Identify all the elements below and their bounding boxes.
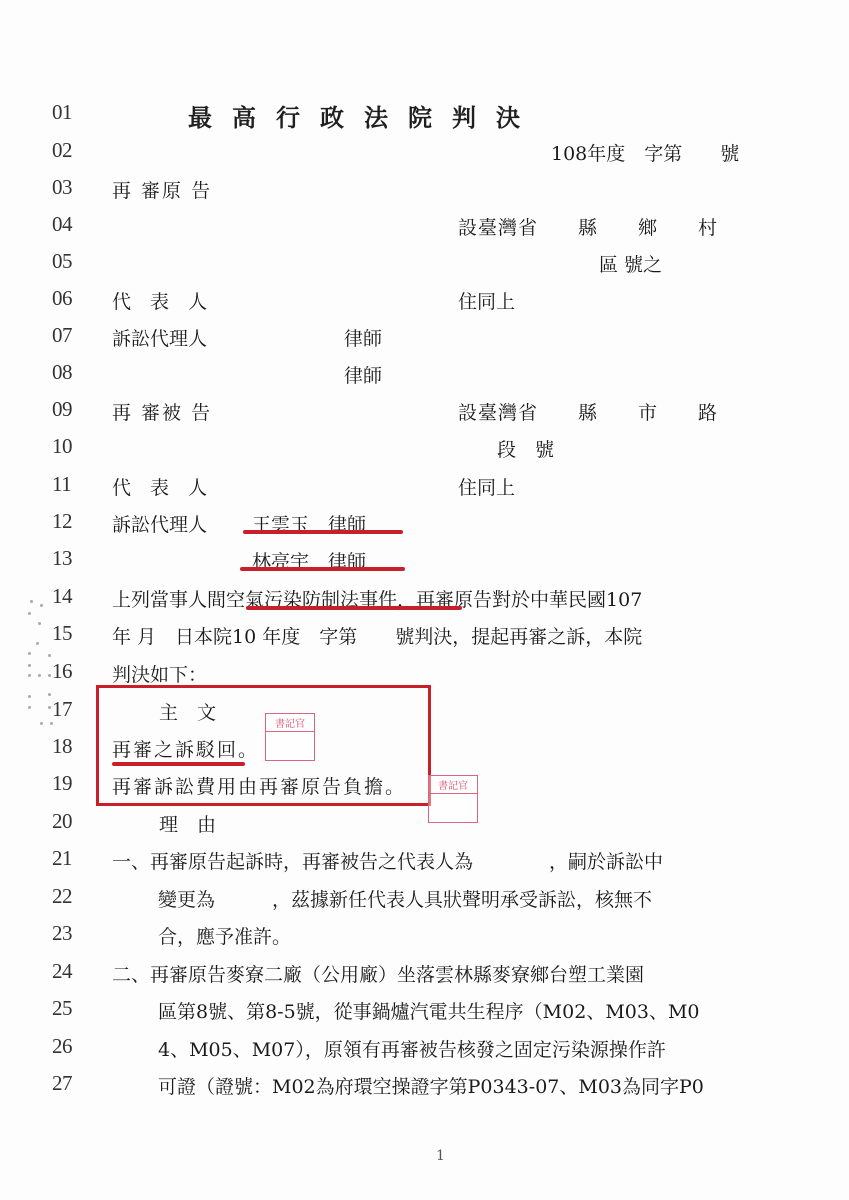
clerk-stamp-label: 書記官: [266, 714, 314, 732]
line-number: 16: [52, 659, 72, 684]
line-number: 18: [52, 734, 72, 759]
reason-2-line-1: 二、再審原告麥寮二廠（公用廠）坐落雲林縣麥寮鄉台塑工業園: [112, 960, 644, 987]
defendant-address-2: 段 號: [497, 435, 554, 462]
plaintiff-address-1: 設臺灣省 縣 鄉 村: [458, 213, 718, 240]
clerk-stamp: 書記官: [428, 775, 478, 823]
reason-1-line-1: 一、再審原告起訴時，再審被告之代表人為 ，嗣於訴訟中: [112, 847, 663, 874]
highlight-underline: [243, 530, 403, 534]
line-number: 09: [52, 397, 72, 422]
ruling-2: 再審訴訟費用由再審原告負擔。: [112, 772, 406, 799]
line-number: 21: [52, 846, 72, 871]
plaintiff-address-2: 區 號之: [599, 250, 662, 277]
scan-dot: [40, 604, 43, 607]
document-title: 最高行政法院判決: [188, 98, 540, 133]
scan-dot: [28, 695, 31, 698]
intro-text: 上列當事人間: [112, 589, 226, 611]
line-number: 19: [52, 771, 72, 796]
line-number: 02: [52, 138, 72, 163]
defendant-rep-address: 住同上: [458, 473, 515, 500]
scan-dot: [30, 600, 33, 603]
line-number: 01: [52, 100, 72, 125]
scan-dot: [48, 706, 51, 709]
scan-dot: [40, 722, 43, 725]
reason-2-line-4: 可證（證號：M02為府環空操證字第P0343-07、M03為同字P0: [158, 1072, 704, 1099]
intro-line-15: 年 月 日本院10 年度 字第 號判決，提起再審之訴，本院: [112, 622, 642, 649]
line-number: 14: [52, 584, 72, 609]
plaintiff-attorney-2: 律師: [344, 361, 382, 388]
scan-dot: [28, 652, 31, 655]
clerk-stamp: 書記官: [265, 713, 315, 761]
line-number: 23: [52, 921, 72, 946]
scan-dot: [28, 706, 31, 709]
line-number: 15: [52, 621, 72, 646]
line-number: 24: [52, 959, 72, 984]
plaintiff-rep-label: 代 表 人: [112, 287, 207, 314]
line-number: 07: [52, 323, 72, 348]
scan-dot: [48, 674, 51, 677]
scan-dot: [48, 654, 51, 657]
plaintiff-label: 再 審原 告: [112, 176, 212, 203]
case-number: 108年度 字第 號: [551, 139, 739, 166]
scan-dot: [38, 674, 41, 677]
scan-dot: [28, 612, 31, 615]
line-number: 10: [52, 434, 72, 459]
reason-2-line-2: 區第8號、第8-5號，從事鍋爐汽電共生程序（M02、M03、M0: [158, 997, 700, 1024]
plaintiff-attorney-label: 訴訟代理人: [112, 324, 207, 351]
line-number: 08: [52, 360, 72, 385]
plaintiff-attorney-1: 律師: [344, 324, 382, 351]
scan-dot: [28, 674, 31, 677]
line-number: 04: [52, 212, 72, 237]
scan-dot: [48, 693, 51, 696]
highlight-underline: [240, 567, 405, 571]
page-number: 1: [436, 1148, 445, 1164]
line-number: 22: [52, 884, 72, 909]
line-number: 12: [52, 509, 72, 534]
defendant-attorney-label: 訴訟代理人: [112, 510, 207, 537]
highlight-underline: [112, 762, 245, 766]
line-number: 05: [52, 249, 72, 274]
scan-dot: [38, 622, 41, 625]
clerk-stamp-label: 書記官: [429, 776, 477, 794]
line-number: 03: [52, 175, 72, 200]
ruling-1: 再審之訴駁回。: [112, 735, 259, 762]
document-page: 01 02 03 04 05 06 07 08 09 10 11 12 13 1…: [0, 0, 849, 1200]
reason-1-line-2: 變更為 ，茲據新任代表人具狀聲明承受訴訟，核無不: [158, 885, 652, 912]
line-number: 06: [52, 286, 72, 311]
line-number: 25: [52, 996, 72, 1021]
plaintiff-rep-address: 住同上: [458, 287, 515, 314]
line-number: 17: [52, 697, 72, 722]
intro-line-16: 判決如下：: [112, 660, 207, 687]
defendant-rep-label: 代 表 人: [112, 473, 207, 500]
line-number: 27: [52, 1071, 72, 1096]
scan-dot: [50, 722, 53, 725]
highlight-underline: [246, 606, 462, 610]
reasons-heading: 理 由: [159, 810, 216, 837]
scan-dot: [36, 642, 39, 645]
main-text-heading: 主 文: [159, 698, 216, 725]
line-number: 13: [52, 546, 72, 571]
reason-1-line-3: 合，應予准許。: [158, 922, 291, 949]
reason-2-line-3: 4、M05、M07），原領有再審被告核發之固定污染源操作許: [158, 1035, 666, 1062]
line-number: 20: [52, 809, 72, 834]
scan-dot: [28, 664, 31, 667]
defendant-label: 再 審被 告: [112, 398, 212, 425]
line-number: 26: [52, 1034, 72, 1059]
line-number: 11: [52, 472, 71, 497]
defendant-address-1: 設臺灣省 縣 市 路: [458, 398, 718, 425]
